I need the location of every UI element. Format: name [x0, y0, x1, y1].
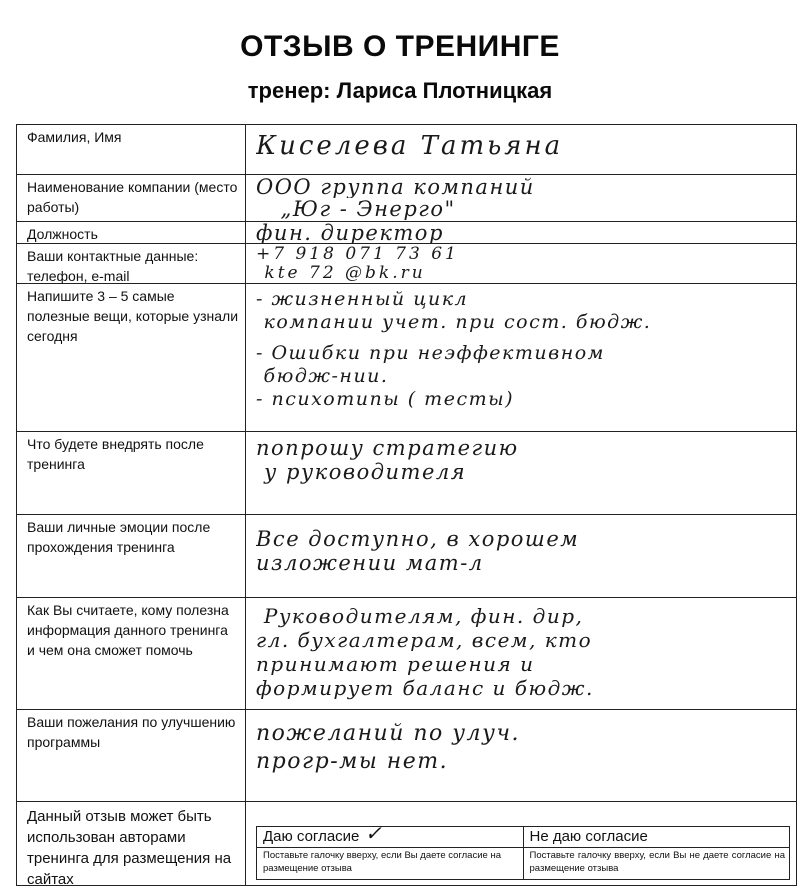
- row-emotions: Ваши личные эмоции после прохождения тре…: [17, 515, 796, 598]
- answer-line: прогр-мы нет.: [256, 748, 786, 776]
- consent-disagree-option[interactable]: Не даю согласие Поставьте галочку вверху…: [523, 827, 790, 879]
- answer-phone: +7 918 071 73 61: [256, 245, 786, 264]
- answer-line: гл. бухгалтерам, всем, кто: [256, 628, 786, 652]
- consent-disagree-checkbox[interactable]: Не даю согласие: [524, 827, 790, 848]
- answer-useful-things[interactable]: - жизненный цикл компании учет. при сост…: [246, 284, 796, 431]
- consent-options: Даю согласие ✓ Поставьте галочку вверху,…: [256, 826, 790, 880]
- label-useful-things: Напишите 3 – 5 самые полезные вещи, кото…: [17, 284, 246, 431]
- row-useful-things: Напишите 3 – 5 самые полезные вещи, кото…: [17, 284, 796, 432]
- check-mark-icon: ✓: [365, 823, 382, 843]
- consent-area: Даю согласие ✓ Поставьте галочку вверху,…: [246, 802, 796, 885]
- answer-contacts[interactable]: +7 918 071 73 61 kte 72 @bk.ru: [246, 244, 796, 283]
- answer-line: изложении мат-л: [256, 551, 786, 575]
- row-full-name: Фамилия, Имя Киселева Татьяна: [17, 125, 796, 175]
- answer-line: ООО группа компаний: [256, 176, 786, 198]
- label-company: Наименование компании (место работы): [17, 175, 246, 221]
- row-company: Наименование компании (место работы) ООО…: [17, 175, 796, 222]
- answer-line: фин. директор: [256, 223, 786, 243]
- row-implement: Что будете внедрять после тренинга попро…: [17, 432, 796, 515]
- trainer-subtitle: тренер: Лариса Плотницкая: [0, 78, 800, 104]
- consent-agree-title: Даю согласие: [263, 828, 359, 845]
- document-title: ОТЗЫВ О ТРЕНИНГЕ: [0, 30, 800, 64]
- consent-agree-note: Поставьте галочку вверху, если Вы даете …: [257, 848, 523, 875]
- consent-disagree-note: Поставьте галочку вверху, если Вы не дае…: [524, 848, 790, 875]
- answer-email: kte 72 @bk.ru: [256, 264, 786, 283]
- answer-wishes[interactable]: пожеланий по улуч. прогр-мы нет.: [246, 710, 796, 801]
- answer-useful-for[interactable]: Руководителям, фин. дир, гл. бухгалтерам…: [246, 598, 796, 709]
- answer-company[interactable]: ООО группа компаний „Юг - Энерго": [246, 175, 796, 221]
- row-wishes: Ваши пожелания по улучшению программы по…: [17, 710, 796, 802]
- answer-line: у руководителя: [256, 460, 786, 484]
- answer-line: формирует баланс и бюдж.: [256, 676, 786, 700]
- answer-full-name[interactable]: Киселева Татьяна: [246, 125, 796, 174]
- label-consent: Данный отзыв может быть использован авто…: [17, 802, 246, 885]
- answer-line: попрошу стратегию: [256, 436, 786, 460]
- label-wishes: Ваши пожелания по улучшению программы: [17, 710, 246, 801]
- row-consent: Данный отзыв может быть использован авто…: [17, 802, 796, 885]
- label-implement: Что будете внедрять после тренинга: [17, 432, 246, 514]
- answer-line: принимают решения и: [256, 652, 786, 676]
- label-full-name: Фамилия, Имя: [17, 125, 246, 174]
- row-position: Должность фин. директор: [17, 222, 796, 244]
- label-emotions: Ваши личные эмоции после прохождения тре…: [17, 515, 246, 597]
- answer-line: пожеланий по улуч.: [256, 720, 786, 748]
- answer-line: Все доступно, в хорошем: [256, 527, 786, 551]
- answer-line: „Юг - Энерго": [256, 198, 786, 220]
- consent-agree-checkbox[interactable]: Даю согласие ✓: [257, 827, 523, 848]
- row-contacts: Ваши контактные данные: телефон, e-mail …: [17, 244, 796, 284]
- consent-agree-option[interactable]: Даю согласие ✓ Поставьте галочку вверху,…: [257, 827, 523, 879]
- label-useful-for: Как Вы считаете, кому полезна информация…: [17, 598, 246, 709]
- answer-line: - жизненный цикл: [256, 288, 786, 311]
- answer-line: - психотипы ( тесты): [256, 388, 786, 411]
- row-useful-for: Как Вы считаете, кому полезна информация…: [17, 598, 796, 710]
- label-contacts: Ваши контактные данные: телефон, e-mail: [17, 244, 246, 283]
- answer-implement[interactable]: попрошу стратегию у руководителя: [246, 432, 796, 514]
- consent-disagree-title: Не даю согласие: [530, 828, 648, 845]
- answer-line: компании учет. при сост. бюдж.: [256, 311, 786, 334]
- label-position: Должность: [17, 222, 246, 243]
- answer-position[interactable]: фин. директор: [246, 222, 796, 243]
- feedback-form: Фамилия, Имя Киселева Татьяна Наименован…: [16, 124, 797, 886]
- answer-line: Киселева Татьяна: [256, 126, 786, 166]
- answer-emotions[interactable]: Все доступно, в хорошем изложении мат-л: [246, 515, 796, 597]
- answer-line: бюдж-нии.: [256, 365, 786, 388]
- answer-line: Руководителям, фин. дир,: [256, 604, 786, 628]
- answer-line: - Ошибки при неэффективном: [256, 342, 786, 365]
